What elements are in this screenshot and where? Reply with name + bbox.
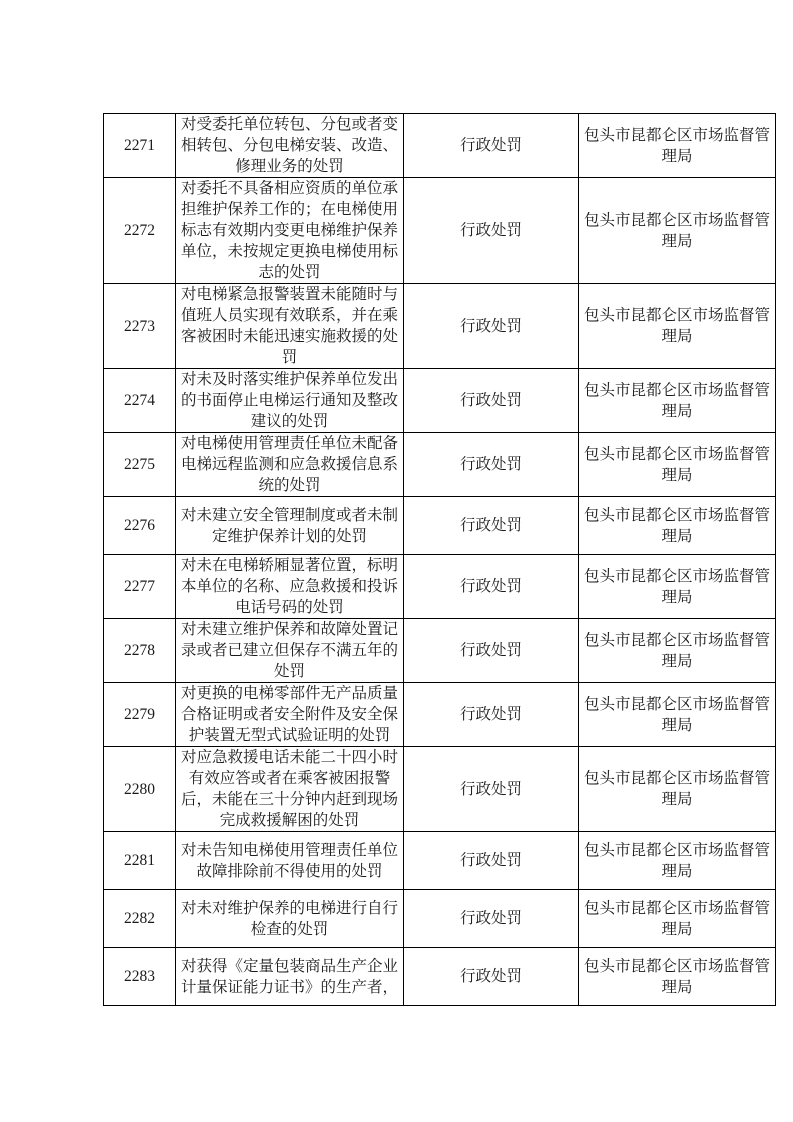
agency-name: 包头市昆都仑区市场监督管理局 — [579, 555, 776, 619]
table-row: 2281 对未告知电梯使用管理责任单位故障排除前不得使用的处罚 行政处罚 包头市… — [104, 832, 776, 890]
penalty-type: 行政处罚 — [404, 948, 579, 1006]
penalty-description: 对未对维护保养的电梯进行自行检查的处罚 — [176, 890, 404, 948]
penalty-type: 行政处罚 — [404, 890, 579, 948]
penalty-type: 行政处罚 — [404, 683, 579, 747]
penalty-type: 行政处罚 — [404, 747, 579, 832]
penalty-type: 行政处罚 — [404, 178, 579, 284]
penalty-description: 对未及时落实维护保养单位发出的书面停止电梯运行通知及整改建议的处罚 — [176, 369, 404, 433]
table-row: 2282 对未对维护保养的电梯进行自行检查的处罚 行政处罚 包头市昆都仑区市场监… — [104, 890, 776, 948]
penalty-type: 行政处罚 — [404, 832, 579, 890]
penalty-description: 对电梯使用管理责任单位未配备电梯远程监测和应急救援信息系统的处罚 — [176, 433, 404, 497]
penalty-type: 行政处罚 — [404, 619, 579, 683]
row-number: 2279 — [104, 683, 176, 747]
agency-name: 包头市昆都仑区市场监督管理局 — [579, 832, 776, 890]
agency-name: 包头市昆都仑区市场监督管理局 — [579, 747, 776, 832]
row-number: 2282 — [104, 890, 176, 948]
table-row: 2279 对更换的电梯零部件无产品质量合格证明或者安全附件及安全保护装置无型式试… — [104, 683, 776, 747]
penalty-description: 对未告知电梯使用管理责任单位故障排除前不得使用的处罚 — [176, 832, 404, 890]
agency-name: 包头市昆都仑区市场监督管理局 — [579, 114, 776, 178]
agency-name: 包头市昆都仑区市场监督管理局 — [579, 683, 776, 747]
row-number: 2280 — [104, 747, 176, 832]
penalty-type: 行政处罚 — [404, 284, 579, 369]
penalty-description: 对受委托单位转包、分包或者变相转包、分包电梯安装、改造、修理业务的处罚 — [176, 114, 404, 178]
table-row: 2276 对未建立安全管理制度或者未制定维护保养计划的处罚 行政处罚 包头市昆都… — [104, 497, 776, 555]
penalty-description: 对未在电梯轿厢显著位置，标明本单位的名称、应急救援和投诉电话号码的处罚 — [176, 555, 404, 619]
table-row: 2274 对未及时落实维护保养单位发出的书面停止电梯运行通知及整改建议的处罚 行… — [104, 369, 776, 433]
penalty-table: 2271 对受委托单位转包、分包或者变相转包、分包电梯安装、改造、修理业务的处罚… — [103, 113, 776, 1006]
penalty-description: 对委托不具备相应资质的单位承担维护保养工作的；在电梯使用标志有效期内变更电梯维护… — [176, 178, 404, 284]
table-row: 2273 对电梯紧急报警装置未能随时与值班人员实现有效联系，并在乘客被困时未能迅… — [104, 284, 776, 369]
penalty-description: 对应急救援电话未能二十四小时有效应答或者在乘客被困报警后，未能在三十分钟内赶到现… — [176, 747, 404, 832]
agency-name: 包头市昆都仑区市场监督管理局 — [579, 497, 776, 555]
row-number: 2274 — [104, 369, 176, 433]
penalty-type: 行政处罚 — [404, 433, 579, 497]
row-number: 2273 — [104, 284, 176, 369]
agency-name: 包头市昆都仑区市场监督管理局 — [579, 890, 776, 948]
row-number: 2278 — [104, 619, 176, 683]
agency-name: 包头市昆都仑区市场监督管理局 — [579, 284, 776, 369]
table-row: 2271 对受委托单位转包、分包或者变相转包、分包电梯安装、改造、修理业务的处罚… — [104, 114, 776, 178]
agency-name: 包头市昆都仑区市场监督管理局 — [579, 369, 776, 433]
row-number: 2271 — [104, 114, 176, 178]
table-row: 2275 对电梯使用管理责任单位未配备电梯远程监测和应急救援信息系统的处罚 行政… — [104, 433, 776, 497]
table-row: 2280 对应急救援电话未能二十四小时有效应答或者在乘客被困报警后，未能在三十分… — [104, 747, 776, 832]
agency-name: 包头市昆都仑区市场监督管理局 — [579, 948, 776, 1006]
penalty-description: 对电梯紧急报警装置未能随时与值班人员实现有效联系，并在乘客被困时未能迅速实施救援… — [176, 284, 404, 369]
penalty-description: 对未建立维护保养和故障处置记录或者已建立但保存不满五年的处罚 — [176, 619, 404, 683]
penalty-type: 行政处罚 — [404, 114, 579, 178]
row-number: 2276 — [104, 497, 176, 555]
table-row: 2283 对获得《定量包装商品生产企业计量保证能力证书》的生产者， 行政处罚 包… — [104, 948, 776, 1006]
table-row: 2277 对未在电梯轿厢显著位置，标明本单位的名称、应急救援和投诉电话号码的处罚… — [104, 555, 776, 619]
table-body: 2271 对受委托单位转包、分包或者变相转包、分包电梯安装、改造、修理业务的处罚… — [104, 114, 776, 1006]
penalty-description: 对更换的电梯零部件无产品质量合格证明或者安全附件及安全保护装置无型式试验证明的处… — [176, 683, 404, 747]
agency-name: 包头市昆都仑区市场监督管理局 — [579, 619, 776, 683]
penalty-type: 行政处罚 — [404, 369, 579, 433]
agency-name: 包头市昆都仑区市场监督管理局 — [579, 178, 776, 284]
penalty-type: 行政处罚 — [404, 555, 579, 619]
penalty-type: 行政处罚 — [404, 497, 579, 555]
document-page: 2271 对受委托单位转包、分包或者变相转包、分包电梯安装、改造、修理业务的处罚… — [0, 0, 793, 1122]
penalty-description: 对获得《定量包装商品生产企业计量保证能力证书》的生产者， — [176, 948, 404, 1006]
penalty-description: 对未建立安全管理制度或者未制定维护保养计划的处罚 — [176, 497, 404, 555]
table-row: 2272 对委托不具备相应资质的单位承担维护保养工作的；在电梯使用标志有效期内变… — [104, 178, 776, 284]
row-number: 2272 — [104, 178, 176, 284]
row-number: 2275 — [104, 433, 176, 497]
table-row: 2278 对未建立维护保养和故障处置记录或者已建立但保存不满五年的处罚 行政处罚… — [104, 619, 776, 683]
agency-name: 包头市昆都仑区市场监督管理局 — [579, 433, 776, 497]
row-number: 2283 — [104, 948, 176, 1006]
row-number: 2281 — [104, 832, 176, 890]
row-number: 2277 — [104, 555, 176, 619]
